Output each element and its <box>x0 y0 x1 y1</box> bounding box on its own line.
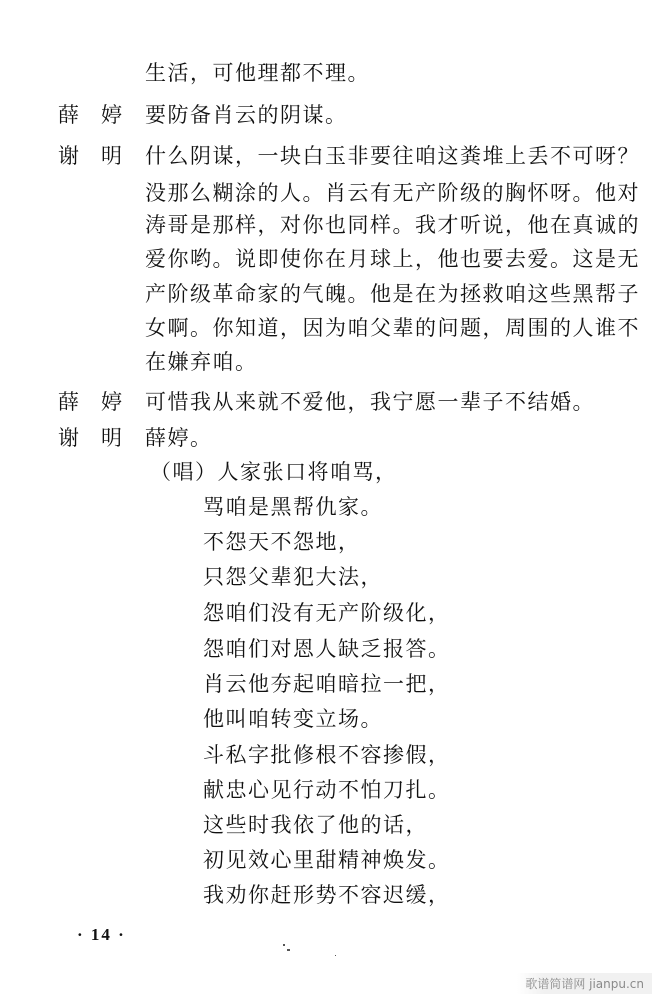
scan-speck <box>335 955 336 956</box>
dialog-text: 薛婷。 <box>145 423 213 453</box>
dialog-continuation: 爱你哟。说即使你在月球上，他也要去爱。这是无 <box>145 244 640 274</box>
dialog-continuation: 在嫌弃咱。 <box>145 347 258 377</box>
speaker-name: 薛 婷 <box>58 100 122 130</box>
lyric: 不怨天不怨地， <box>203 527 361 557</box>
dialog-continuation: 没那么糊涂的人。肖云有无产阶级的胸怀呀。他对 <box>145 178 640 208</box>
dialog-continuation: 女啊。你知道，因为咱父辈的问题，周围的人谁不 <box>145 313 640 343</box>
lyric: 初见效心里甜精神焕发。 <box>203 845 451 875</box>
lyric: 怨咱们对恩人缺乏报答。 <box>203 634 451 664</box>
dialog-continuation: 生活，可他理都不理。 <box>145 58 370 88</box>
dialog-text: 要防备肖云的阴谋。 <box>145 100 348 130</box>
dialog-text: 什么阴谋，一块白玉非要往咱这粪堆上丢不可呀？ <box>145 141 640 171</box>
lyric: 骂咱是黑帮仇家。 <box>203 492 383 522</box>
dialog-text: 可惜我从来就不爱他，我宁愿一辈子不结婚。 <box>145 387 595 417</box>
lyric: 我劝你赶形势不容迟缓， <box>203 880 451 910</box>
scan-speck <box>287 949 290 951</box>
song-lead-text: （唱）人家张口将咱骂， <box>150 457 398 487</box>
lyric: 肖云他夯起咱暗拉一把， <box>203 669 451 699</box>
lyric: 只怨父辈犯大法， <box>203 562 383 592</box>
dialog-continuation: 产阶级革命家的气魄。他是在为拯救咱这些黑帮子 <box>145 279 640 309</box>
site-watermark: 歌谱简谱网 jianpu.cn <box>517 973 652 994</box>
lyric: 他叫咱转变立场。 <box>203 704 383 734</box>
lyric: 斗私字批修根不容掺假， <box>203 740 451 770</box>
lyric: 怨咱们没有无产阶级化， <box>203 598 451 628</box>
page-number: · 14 · <box>77 925 126 945</box>
lyric: 献忠心见行动不怕刀扎。 <box>203 775 451 805</box>
lyric: 这些时我依了他的话， <box>203 810 428 840</box>
dialog-continuation: 涛哥是那样，对你也同样。我才听说，他在真诚的 <box>145 210 640 240</box>
speaker-name: 谢 明 <box>58 423 122 453</box>
speaker-name: 谢 明 <box>58 141 122 171</box>
scan-speck <box>283 944 285 946</box>
speaker-name: 薛 婷 <box>58 387 122 417</box>
script-page: 生活，可他理都不理。 薛 婷 要防备肖云的阴谋。 谢 明 什么阴谋，一块白玉非要… <box>0 0 672 1001</box>
